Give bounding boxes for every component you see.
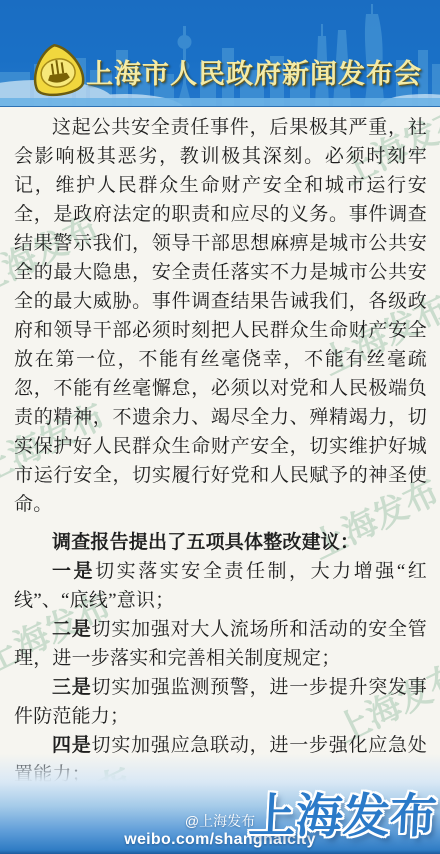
item-prefix: 二是 xyxy=(52,619,92,640)
recommendation-item-1: 一是切实落实安全责任制，大力增强“红线”、“底线”意识； xyxy=(14,557,427,615)
article-paragraph: 这起公共安全责任事件，后果极其严重，社会影响极其恶劣，教训极其深刻。必须时刻牢记… xyxy=(14,113,427,519)
item-prefix: 三是 xyxy=(52,677,92,698)
recommendation-item-2: 二是切实加强对大人流场所和活动的安全管理，进一步落实和完善相关制度规定； xyxy=(14,615,427,673)
press-release-image: 上海市人民政府新闻发布会 上海发布 上海发布 上海发布 上海发布 上海发布 上海… xyxy=(0,0,440,854)
item-prefix: 一是 xyxy=(52,561,95,582)
section-heading: 调查报告提出了五项具体整改建议： xyxy=(14,528,427,557)
shanghai-emblem-icon xyxy=(26,42,90,100)
banner: 上海市人民政府新闻发布会 xyxy=(0,0,440,107)
footer-band: @上海发布 weibo.com/shanghaicity 上海发布 xyxy=(0,754,440,854)
recommendation-item-3: 三是切实加强监测预警，进一步提升突发事件防范能力； xyxy=(14,673,427,731)
item-prefix: 四是 xyxy=(52,735,92,756)
banner-title: 上海市人民政府新闻发布会 xyxy=(86,52,416,91)
shanghai-fabu-logo: 上海发布 xyxy=(247,779,439,846)
article-body: 这起公共安全责任事件，后果极其严重，社会影响极其恶劣，教训极其深刻。必须时刻牢记… xyxy=(14,106,427,847)
